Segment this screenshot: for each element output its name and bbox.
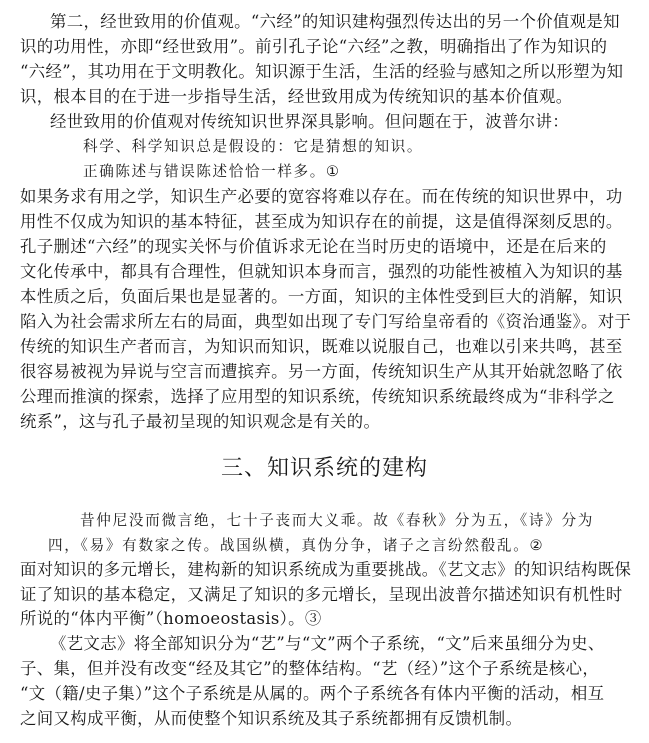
paragraph-2-line-1: 经世致用的价值观对传统知识世界深具影响。但问题在于，波普尔讲： [50,112,649,132]
paragraph-1-line-2: 识的功用性，亦即“经世致用”。前引孔子论“六经”之教，明确指出了作为知识的 [20,37,630,57]
paragraph-1-line-1: 第二，经世致用的价值观。“六经”的知识建构强烈传达出的另一个价值观是知 [50,12,649,32]
paragraph-5-line-1: 《艺文志》将全部知识分为“艺”与“文”两个子系统，“文”后来虽细分为史、 [50,634,649,654]
paragraph-5-line-3: “文（籍/史子集）”这个子系统是从属的。两个子系统各有体内平衡的活动，相互 [20,684,630,704]
block-quote-2-line-1: 昔仲尼没而微言绝，七十子丧而大义乖。故《春秋》分为五，《诗》分为 [80,512,594,530]
block-quote-1-line-2: 正确陈述与错误陈述恰恰一样多。① [83,163,341,181]
document-page: 第二，经世致用的价值观。“六经”的知识建构强烈传达出的另一个价值观是知 识的功用… [0,0,649,743]
paragraph-4-line-2: 证了知识的基本稳定，又满足了知识的多元增长，呈现出波普尔描述知识有机性时 [20,585,630,605]
paragraph-1-line-3: “六经”，其功用在于文明教化。知识源于生活，生活的经验与感知之所以形塑为知 [20,62,630,82]
paragraph-4-line-3: 所说的“体内平衡”（homoeostasis）。③ [20,609,630,629]
paragraph-3-line-4: 文化传承中，都具有合理性，但就知识本身而言，强烈的功能性被植入为知识的基 [20,262,630,282]
paragraph-3-line-1: 如果务求有用之学，知识生产必要的宽容将难以存在。而在传统的知识世界中，功 [20,187,630,207]
paragraph-3-line-8: 很容易被视为异说与空言而遭摈弃。另一方面，传统知识生产从其开始就忽略了依 [20,362,630,382]
paragraph-3-line-7: 传统的知识生产者而言，为知识而知识，既难以说服自己，也难以引来共鸣，甚至 [20,337,630,357]
paragraph-3-line-2: 用性不仅成为知识的基本特征，甚至成为知识存在的前提，这是值得深刻反思的。 [20,212,630,232]
block-quote-2-line-2: 四，《易》有数家之传。战国纵横，真伪分争，诸子之言纷然殽乱。② [48,537,544,555]
paragraph-3-line-9: 公理而推演的探索，选择了应用型的知识系统，传统知识系统最终成为“非科学之 [20,387,630,407]
block-quote-1-line-1: 科学、科学知识总是假设的：它是猜想的知识。 [83,138,423,156]
paragraph-3-line-10: 统系”，这与孔子最初呈现的知识观念是有关的。 [20,412,630,432]
paragraph-3-line-3: 孔子删述“六经”的现实关怀与价值诉求无论在当时历史的语境中，还是在后来的 [20,237,630,257]
paragraph-3-line-6: 陷入为社会需求所左右的局面，典型如出现了专门写给皇帝看的《资治通鉴》。对于 [20,312,630,332]
section-heading: 三、知识系统的建构 [0,456,649,482]
paragraph-4-line-1: 面对知识的多元增长，建构新的知识系统成为重要挑战。《艺文志》的知识结构既保 [20,560,630,580]
paragraph-1-line-4: 识，根本目的在于进一步指导生活，经世致用成为传统知识的基本价值观。 [20,87,630,107]
paragraph-5-line-4: 之间又构成平衡，从而使整个知识系统及其子系统都拥有反馈机制。 [20,709,630,729]
paragraph-3-line-5: 本性质之后，负面后果也是显著的。一方面，知识的主体性受到巨大的消解，知识 [20,287,630,307]
paragraph-5-line-2: 子、集，但并没有改变“经及其它”的整体结构。“艺（经）”这个子系统是核心， [20,659,630,679]
